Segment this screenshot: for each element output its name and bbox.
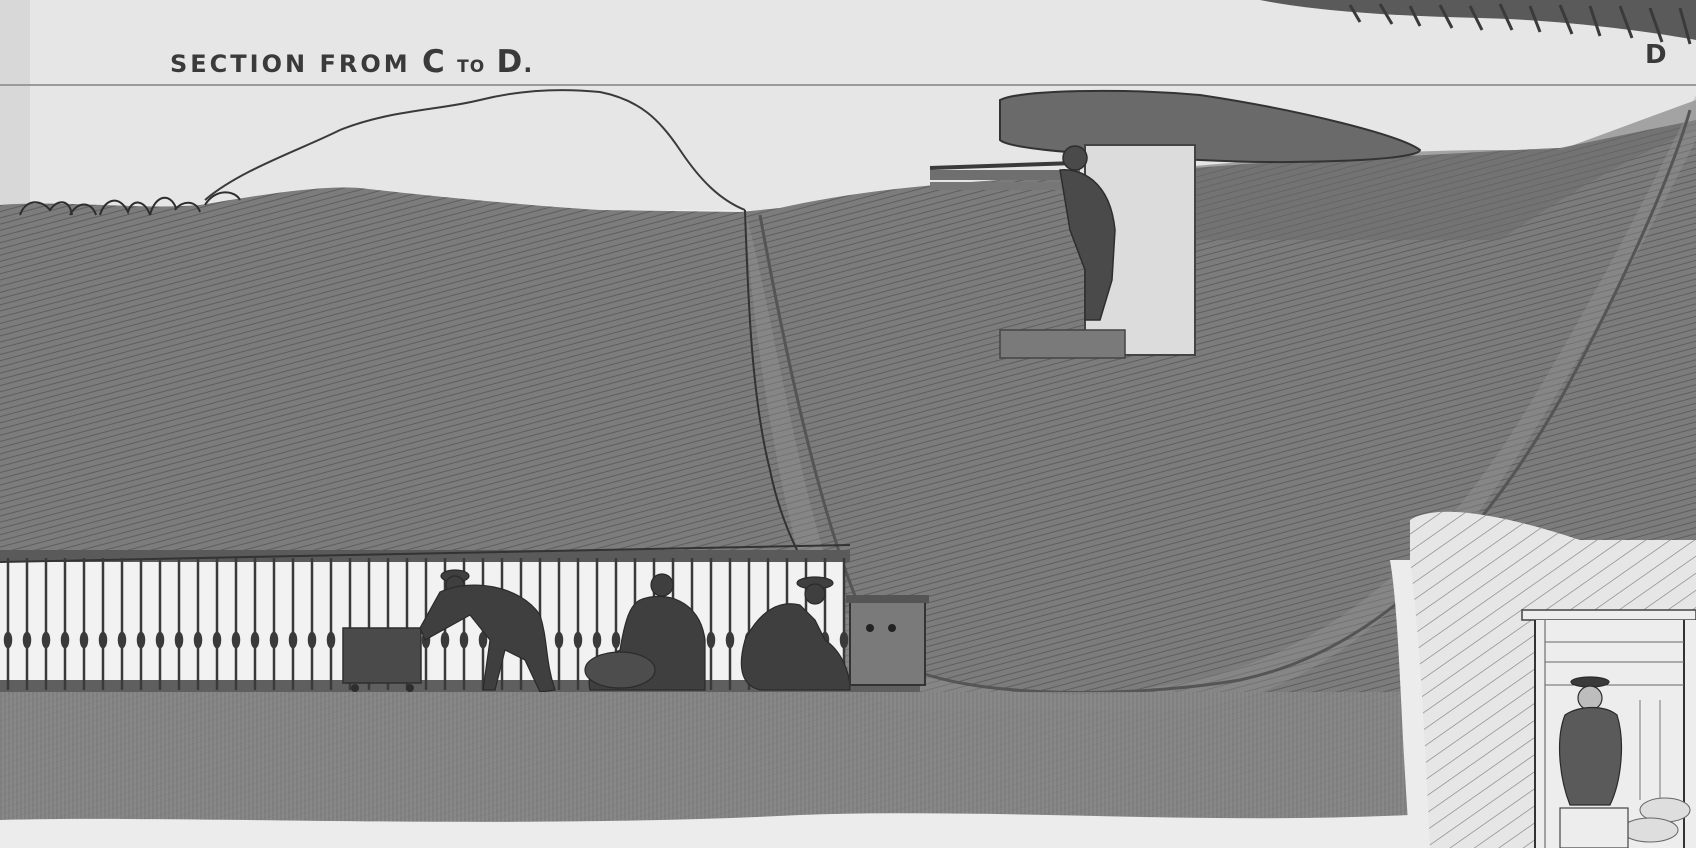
title-start-point: C <box>422 44 446 80</box>
dugout <box>1390 512 1696 848</box>
title-word-section: SECTION <box>170 50 308 78</box>
lower-strata <box>0 692 1410 822</box>
title-connector: TO <box>457 57 485 77</box>
title-end-point: D <box>497 44 524 80</box>
exploder-box <box>846 595 929 685</box>
title-period: . <box>523 50 535 78</box>
figure-title: SECTION FROM C TO D. <box>170 44 535 80</box>
title-word-from: FROM <box>319 50 410 78</box>
end-point-label: D <box>1645 40 1667 70</box>
section-drawing <box>0 0 1696 848</box>
spoil-trolley <box>343 628 421 692</box>
